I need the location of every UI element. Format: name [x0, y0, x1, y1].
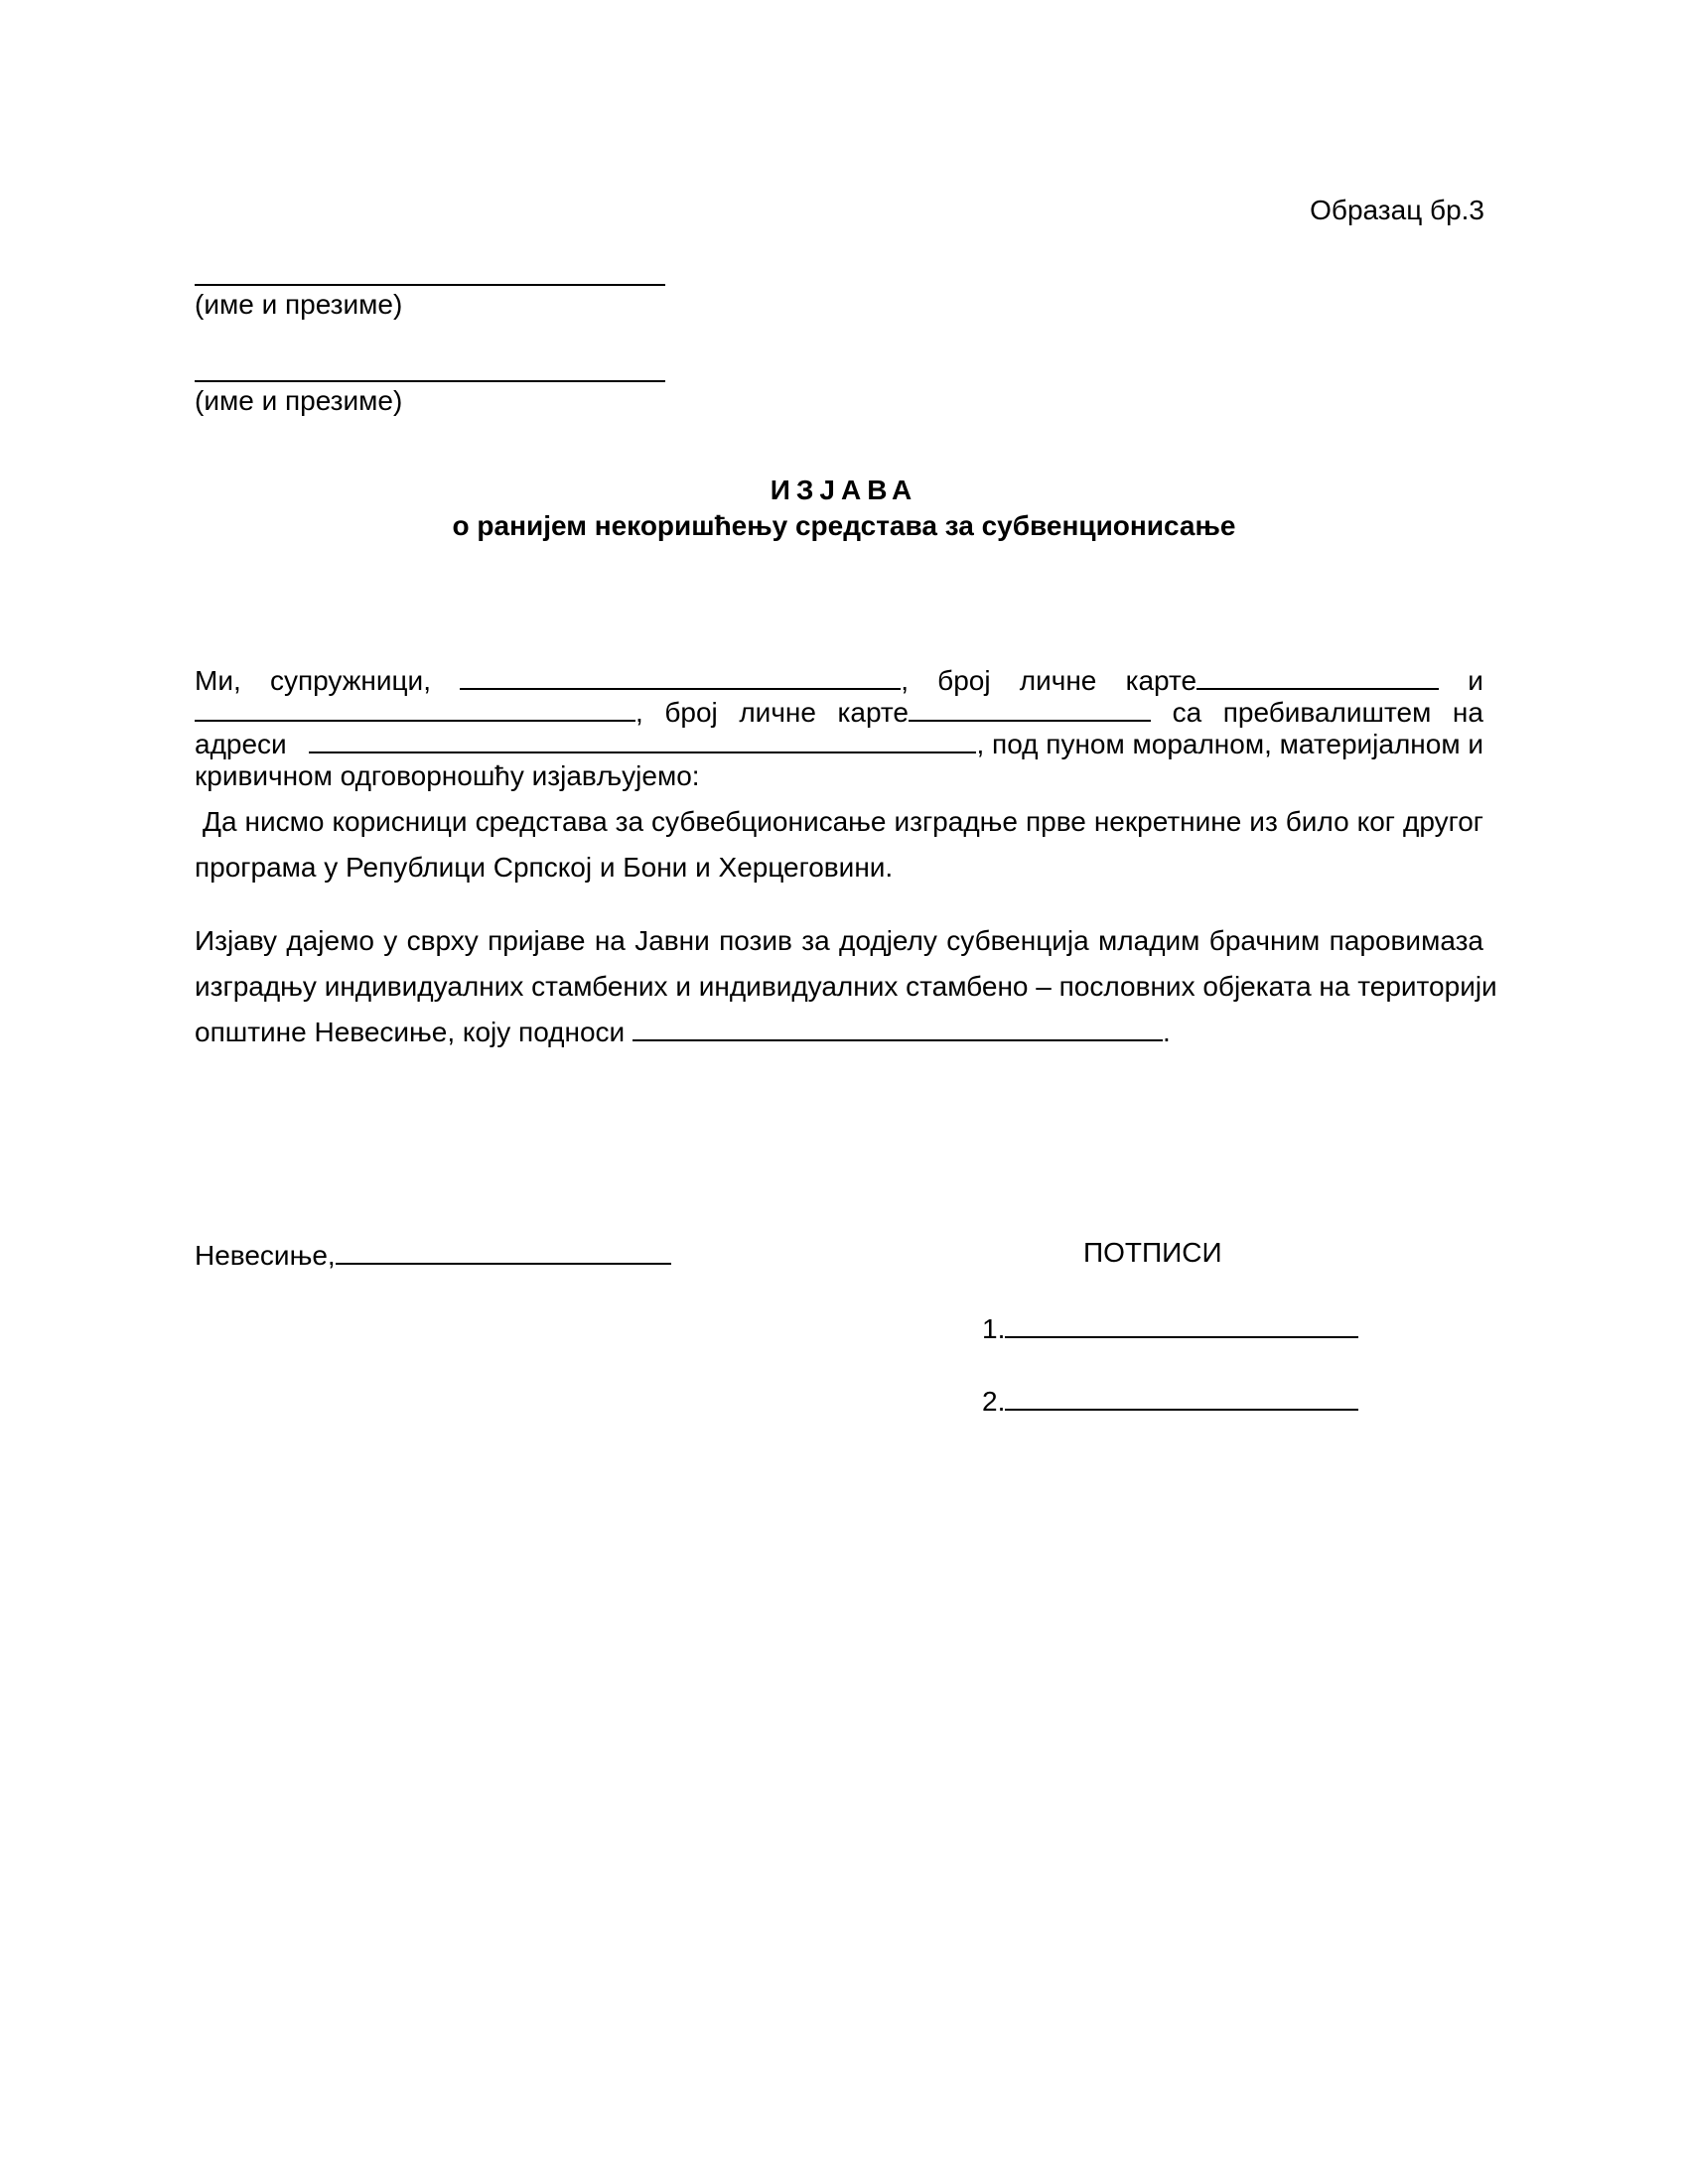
purpose-line-3: општине Невесиње, коју подноси . — [195, 1010, 1483, 1055]
id-label-1-word-1: број — [937, 665, 990, 697]
purpose-line-1: Изјаву дајемо у сврху пријаве на Јавни п… — [195, 918, 1483, 964]
name-field-1-caption: (име и презиме) — [195, 289, 402, 321]
intro-prefix: Ми, — [195, 665, 241, 697]
declaration-line-4: кривичном одговорношћу изјављујемо: — [195, 760, 1483, 792]
document-title: ИЗЈАВА — [0, 475, 1688, 506]
purpose-line-2: изградњу индивидуалних стамбених и индив… — [195, 964, 1483, 1010]
address-label: адреси — [195, 729, 287, 760]
spouse-1-id-field[interactable]: карте — [1126, 662, 1439, 697]
declaration-line-2: , број личне карте са пребивалиштем на — [195, 697, 1483, 729]
place-label: Невесиње, — [195, 1240, 336, 1271]
signature-1-number: 1. — [982, 1313, 1005, 1344]
statement-paragraph: Да нисмо корисници средстава за субвебци… — [195, 799, 1483, 890]
signature-2-number: 2. — [982, 1386, 1005, 1417]
document-subtitle: о ранијем некоришћењу средстава за субве… — [0, 510, 1688, 542]
purpose-paragraph: Изјаву дајемо у сврху пријаве на Јавни п… — [195, 918, 1483, 1055]
signature-1: 1. — [982, 1310, 1358, 1345]
name-field-1-line[interactable] — [195, 284, 665, 286]
residence-label-2: пребивалиштем — [1223, 697, 1432, 729]
date-field[interactable] — [336, 1237, 671, 1265]
id-label-2-word-2: личне — [739, 697, 816, 729]
declaration-line-3: адреси , под пуном моралном, материјално… — [195, 729, 1483, 760]
spouse-1-name-field[interactable]: , — [460, 662, 909, 697]
signature-2-field[interactable] — [1005, 1383, 1358, 1411]
place-date-field: Невесиње, — [195, 1237, 671, 1272]
id-label-1-word-2: личне — [1020, 665, 1097, 697]
residence-label-3: на — [1453, 697, 1483, 729]
name-field-2-caption: (име и презиме) — [195, 385, 402, 417]
signatures-label: ПОТПИСИ — [1083, 1237, 1222, 1269]
statement-line-1: Да нисмо корисници средстава за субвебци… — [195, 799, 1483, 845]
submitter-field[interactable] — [633, 1014, 1163, 1041]
address-field[interactable]: , под пуном моралном, материјалном и — [309, 726, 1483, 760]
residence-label-1: са — [1173, 697, 1202, 729]
signature-2: 2. — [982, 1383, 1358, 1418]
statement-line-2: програма у Републици Српској и Бони и Хе… — [195, 845, 1483, 890]
spouse-2-name-field[interactable]: , — [195, 694, 643, 729]
declaration-paragraph: Ми, супружници, , број личне карте и , б… — [195, 665, 1483, 792]
declaration-line-1: Ми, супружници, , број личне карте и — [195, 665, 1483, 697]
form-number: Образац бр.3 — [1310, 195, 1484, 226]
signature-1-field[interactable] — [1005, 1310, 1358, 1338]
intro-word: супружници, — [270, 665, 431, 697]
spouse-2-id-field[interactable]: карте — [838, 694, 1151, 729]
and-word: и — [1468, 665, 1483, 697]
name-field-2-line[interactable] — [195, 380, 665, 382]
id-label-2-word-1: број — [664, 697, 717, 729]
